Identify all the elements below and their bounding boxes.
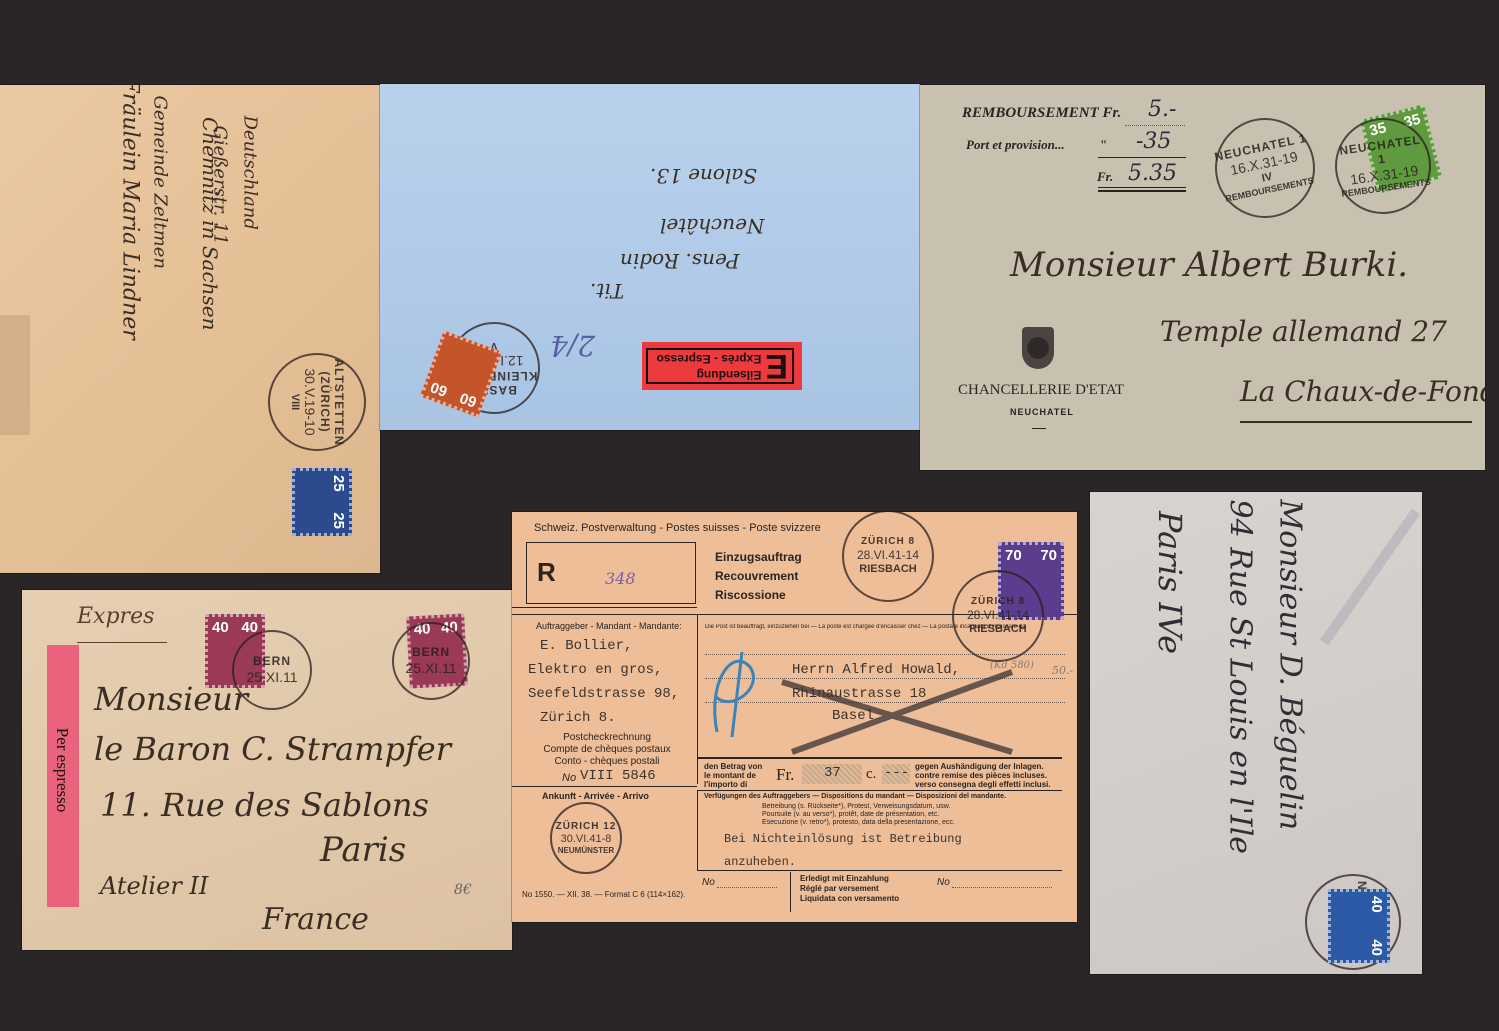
postmark-town: ZÜRICH 12 [556, 821, 617, 833]
instruction-it: Esecuzione (v. retro*), protesto, data d… [762, 819, 955, 827]
remboursement-label: REMBOURSEMENT Fr. [962, 105, 1121, 122]
pencil-note: 2/4 [550, 329, 595, 362]
coat-of-arms-icon [1022, 327, 1054, 369]
form-title: Einzugsauftrag Recouvrement Riscossione [715, 548, 802, 605]
postmark-town: BERN [412, 645, 450, 659]
amount-label: den Betrag von le montant de l'importo d… [704, 762, 762, 789]
title-de: Einzugsauftrag [715, 548, 802, 567]
postmark-date: 28.VI.41-14 [857, 548, 919, 562]
address-line-2: Temple allemand 27 [1160, 315, 1447, 348]
no-label-left: No [702, 877, 715, 888]
postmark-zurich-riesbach-1: ZÜRICH 8 28.VI.41-14 RIESBACH [842, 512, 934, 602]
settled-labels: Erledigt mit Einzahlung Réglé par versem… [800, 874, 899, 904]
account-label-de: Postcheckrechnung [542, 732, 672, 744]
stamp-value: 25 [330, 475, 347, 492]
postmark-code: VIII [288, 394, 301, 411]
account-label-fr: Compte de chèques postaux [542, 744, 672, 756]
address-line-1: Monsieur D. Béguelin [1273, 500, 1308, 920]
rule [1098, 187, 1186, 188]
amount-francs: 37 [824, 765, 841, 781]
address-line-2: Neuchâtel [660, 214, 765, 238]
per-espresso-text: Per espresso [52, 645, 72, 895]
cover-3-envelope: REMBOURSEMENT Fr. 5.- Port et provision.… [920, 85, 1485, 470]
address-line-4: Gießerstr. 11 [210, 126, 231, 466]
express-label-line-2: Exprès - Espresso [657, 350, 762, 366]
settled-fr: Réglé par versement [800, 884, 899, 894]
total-value: 5.35 [1128, 161, 1177, 186]
address-line-1: Monsieur Albert Burki. [1010, 245, 1408, 285]
underline [77, 642, 167, 643]
account-label-it: Conto - chèques postali [542, 756, 672, 768]
express-label: E Eilsendung Exprès - Espresso [642, 342, 802, 390]
dotted-line [1125, 125, 1185, 126]
postmark-town: ZÜRICH 8 [971, 596, 1025, 608]
cover-6-envelope: Monsieur D. Béguelin 94 Rue St Louis en … [1090, 492, 1422, 974]
postmark-zurich-riesbach-2: ZÜRICH 8 28.VI.41-14 RIESBACH [952, 570, 1044, 662]
no-label-right: No [937, 877, 950, 888]
mandant-label: Auftraggeber - Mandant - Mandante: [536, 621, 682, 631]
amount-label-fr: le montant de [704, 771, 762, 780]
flap-shadow [1320, 509, 1420, 646]
blue-crayon-mark [702, 642, 772, 742]
postmark-altstetten: ALTSTETTEN (ZÜRICH) 30.V.19-10 VIII [268, 353, 366, 451]
rule [697, 757, 1062, 759]
mandant-line-2: Elektro en gros, [528, 662, 662, 678]
cover-1-envelope: Fräulein Maria Lindner Gemeinde Zeltmen … [0, 85, 380, 573]
postmark-date: 30.VI.41-8 [561, 833, 612, 846]
postmark-town: ALTSTETTEN (ZÜRICH) [318, 355, 347, 449]
postmark-date: 25.XI.11 [246, 669, 297, 686]
total-label: Fr. [1097, 169, 1113, 185]
address-line-6: France [262, 902, 369, 937]
stamp-value: 40 [212, 619, 229, 636]
amount-francs-field: 37 [802, 764, 862, 784]
address-line-1: Salone 13. [650, 164, 757, 188]
instructions-title: Verfügungen des Auftraggebers — Disposit… [704, 793, 1006, 800]
address-line-2: Gemeinde Zeltmen [150, 96, 171, 456]
cover-4-envelope: Expres Per espresso 40 40 BERN 25.XI.11 … [22, 590, 512, 950]
address-line-5: Deutschland [240, 116, 261, 476]
address-line-5: Atelier II [100, 872, 208, 900]
postmark-date: 25.XI.11 [405, 660, 456, 677]
address-line-4: Paris [320, 830, 406, 870]
dotted-line [717, 887, 777, 888]
instruction-fr: Poursuite (v. au verso*), protêt, date d… [762, 811, 955, 819]
address-line-3: La Chaux-de-Fonds. [1240, 375, 1485, 408]
delivery-terms: gegen Aushändigung der Inlagen. contre r… [915, 762, 1051, 789]
address-line-3: Paris IVe [1151, 511, 1189, 811]
address-line-3: Pens. Rodin [620, 249, 739, 273]
stamp-value: 25 [330, 512, 347, 529]
instructions: Betreibung (s. Rückseite*), Protest, Ver… [762, 803, 955, 827]
rule [512, 786, 697, 787]
account-no-label: No [562, 772, 576, 784]
per-espresso-label: Per espresso [47, 645, 79, 907]
postmark-town: ZÜRICH 8 [861, 536, 915, 548]
express-note: Expres [77, 604, 154, 629]
title-fr: Recouvrement [715, 567, 802, 586]
sender-city: NEUCHATEL [1010, 407, 1074, 417]
rule [790, 872, 791, 912]
postmark-zurich-neumunster: ZÜRICH 12 30.VI.41-8 NEUMÜNSTER [550, 802, 622, 874]
mandant-line-1: E. Bollier, [540, 638, 632, 654]
amount-cents: --- [884, 765, 909, 781]
amount-label-it: l'importo di [704, 780, 762, 789]
account-labels: Postcheckrechnung Compte de chèques post… [542, 732, 672, 768]
address-line-1: Monsieur [94, 680, 248, 718]
stamp-value: 40 [1368, 939, 1385, 956]
stain [0, 315, 30, 435]
dotted-line [952, 887, 1052, 888]
postmark-date: 30.V.19-10 [301, 368, 318, 435]
account-number: VIII 5846 [580, 768, 656, 784]
stamp-helvetia-25: 25 25 [292, 468, 352, 536]
port-provision-label: Port et provision... [966, 137, 1065, 153]
rule [697, 790, 1062, 791]
cross-out-mark [772, 652, 1022, 762]
postmark-bern-b: BERN 25.XI.11 [392, 622, 470, 700]
form-footer: No 1550. — XII. 38. — Format C 6 (114×16… [522, 890, 685, 899]
form-header: Schweiz. Postverwaltung - Postes suisses… [534, 522, 821, 534]
price-note: 8€ [454, 882, 472, 898]
rule [1098, 157, 1186, 158]
express-label-frame: E Eilsendung Exprès - Espresso [646, 348, 794, 384]
rule [697, 870, 1062, 871]
remboursement-value: 5.- [1148, 97, 1176, 122]
address-line-3: 11. Rue des Sablons [100, 786, 429, 824]
instruction-typed-2: anzuheben. [724, 855, 796, 869]
currency-label: Fr. [776, 765, 794, 785]
mandant-line-4: Zürich 8. [540, 710, 616, 726]
stamp-value: 70 [1040, 547, 1057, 564]
delivery-it: verso consegna degli effetti inclusi. [915, 780, 1051, 789]
cents-label: c. [866, 766, 876, 783]
rule-double [1098, 190, 1186, 192]
settled-it: Liquidata con versamento [800, 894, 899, 904]
address-line-4: Tit. [590, 279, 624, 303]
stamp-value: 60 [428, 378, 449, 400]
postmark-town: BERN [253, 654, 291, 668]
stamp-value: 60 [458, 389, 479, 411]
rule [512, 607, 697, 608]
address-underline [1240, 421, 1472, 423]
postmark-date: 28.VI.41-14 [967, 608, 1029, 622]
registered-mark: R [537, 557, 556, 588]
cover-5-collection-form: Schweiz. Postverwaltung - Postes suisses… [512, 512, 1077, 922]
mandant-line-3: Seefeldstrasse 98, [528, 686, 679, 702]
address-line-2: 94 Rue St Louis en l'Ile [1223, 500, 1258, 920]
ditto-mark: " [1100, 137, 1107, 153]
address-line-2: le Baron C. Strampfer [94, 730, 451, 768]
stamp-value: 70 [1005, 547, 1022, 564]
rule [1032, 428, 1046, 429]
postmark-sub: RIESBACH [859, 563, 916, 576]
settled-de: Erledigt mit Einzahlung [800, 874, 899, 884]
arrival-label: Ankunft - Arrivée - Arrivo [542, 791, 649, 801]
stamp-helvetia-40: 40 40 [1328, 889, 1390, 963]
postmark-neuchatel-1: NEUCHATEL 1 16.X.31-19 IV REMBOURSEMENTS [1206, 109, 1325, 228]
express-label-line-1: Eilsendung [657, 366, 762, 382]
instruction-de: Betreibung (s. Rückseite*), Protest, Ver… [762, 803, 955, 811]
sender-name: CHANCELLERIE D'ETAT [958, 382, 1124, 399]
registered-box: R 348 [526, 542, 696, 604]
address-line-1: Fräulein Maria Lindner [118, 85, 143, 478]
express-big-e: E [761, 347, 792, 386]
postmark-sub: NEUMÜNSTER [558, 846, 614, 856]
amount-label-de: den Betrag von [704, 762, 762, 771]
pencil-amount: 50.- [1052, 664, 1073, 677]
postmark-sub: RIESBACH [969, 623, 1026, 636]
title-it: Riscossione [715, 586, 802, 605]
cover-2-envelope: Salone 13. Neuchâtel Pens. Rodin Tit. 2/… [380, 84, 920, 430]
delivery-fr: contre remise des pièces incluses. [915, 771, 1051, 780]
pencil-number: 348 [605, 569, 636, 588]
port-provision-value: -35 [1136, 129, 1171, 154]
rule [697, 791, 698, 871]
instruction-typed-1: Bei Nichteinlösung ist Betreibung [724, 832, 962, 846]
stamp-value: 40 [1368, 896, 1385, 913]
delivery-de: gegen Aushändigung der Inlagen. [915, 762, 1051, 771]
amount-cents-field: --- [882, 764, 910, 784]
